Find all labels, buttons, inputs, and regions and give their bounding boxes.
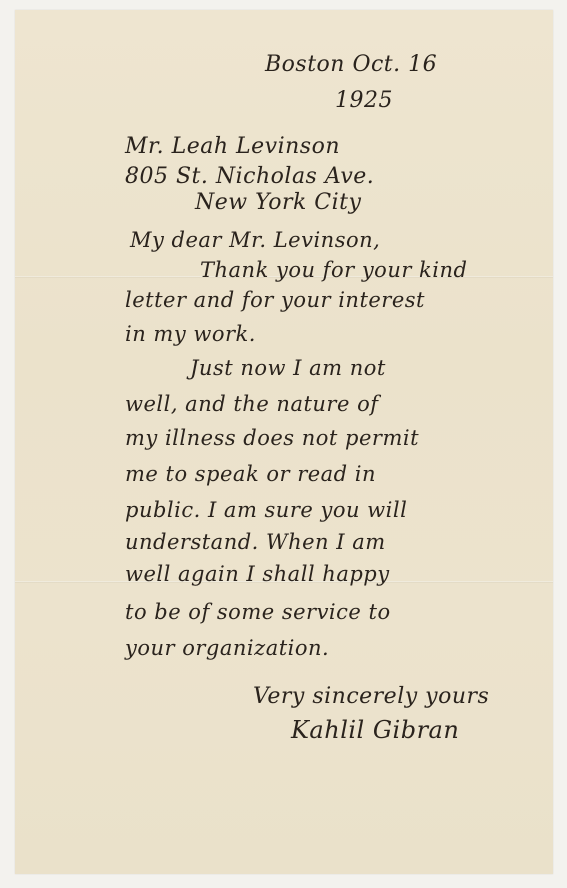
salutation: My dear Mr. Levinson, xyxy=(130,228,380,252)
recipient-city: New York City xyxy=(195,190,361,215)
body-line: Thank you for your kind xyxy=(200,258,467,282)
recipient-name: Mr. Leah Levinson xyxy=(125,134,340,159)
body-line: letter and for your interest xyxy=(125,288,425,312)
letter-paper: Boston Oct. 16 1925 Mr. Leah Levinson 80… xyxy=(15,10,553,874)
body-line: Just now I am not xyxy=(190,356,386,380)
body-line: in my work. xyxy=(125,322,256,346)
closing: Very sincerely yours xyxy=(253,684,489,709)
body-line: your organization. xyxy=(125,636,329,660)
body-line: me to speak or read in xyxy=(125,462,376,486)
body-line: public. I am sure you will xyxy=(125,498,407,522)
body-line: well again I shall happy xyxy=(125,562,390,586)
body-line: understand. When I am xyxy=(125,530,386,554)
signature: Kahlil Gibran xyxy=(291,716,459,744)
body-line: my illness does not permit xyxy=(125,426,419,450)
dateline-place-date: Boston Oct. 16 xyxy=(265,52,437,77)
body-line: to be of some service to xyxy=(125,600,391,624)
recipient-street: 805 St. Nicholas Ave. xyxy=(125,164,374,189)
body-line: well, and the nature of xyxy=(125,392,378,416)
dateline-year: 1925 xyxy=(335,88,393,113)
